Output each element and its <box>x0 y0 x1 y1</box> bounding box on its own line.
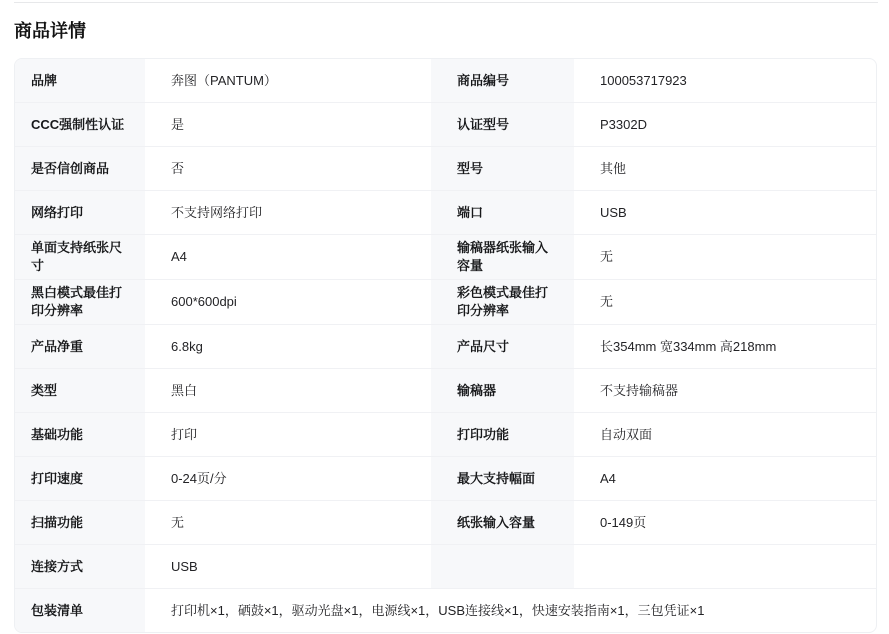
spec-value: A4 <box>574 457 876 500</box>
spec-value: 无 <box>145 501 431 544</box>
spec-label: 单面支持纸张尺寸 <box>15 235 145 279</box>
spec-label <box>431 545 574 588</box>
spec-row: CCC强制性认证是认证型号P3302D <box>15 103 876 147</box>
spec-value: 100053717923 <box>574 59 876 102</box>
spec-row: 网络打印不支持网络打印端口USB <box>15 191 876 235</box>
spec-row: 产品净重6.8kg产品尺寸长354mm 宽334mm 高218mm <box>15 325 876 369</box>
spec-value: 打印 <box>145 413 431 456</box>
spec-row: 扫描功能无纸张输入容量0-149页 <box>15 501 876 545</box>
spec-label: 品牌 <box>15 59 145 102</box>
spec-value: 其他 <box>574 147 876 190</box>
spec-value: 无 <box>574 280 876 324</box>
spec-label: 打印功能 <box>431 413 574 456</box>
section-top-divider <box>14 2 878 3</box>
spec-label: 认证型号 <box>431 103 574 146</box>
spec-label: 最大支持幅面 <box>431 457 574 500</box>
spec-value: 0-149页 <box>574 501 876 544</box>
spec-label: 连接方式 <box>15 545 145 588</box>
spec-label: 输稿器纸张输入容量 <box>431 235 574 279</box>
spec-value: 是 <box>145 103 431 146</box>
spec-value: 黑白 <box>145 369 431 412</box>
spec-value: 自动双面 <box>574 413 876 456</box>
spec-label: 打印速度 <box>15 457 145 500</box>
spec-label: 包装清单 <box>15 589 145 632</box>
spec-label: CCC强制性认证 <box>15 103 145 146</box>
spec-table: 品牌奔图（PANTUM）商品编号100053717923CCC强制性认证是认证型… <box>14 58 877 633</box>
spec-row: 品牌奔图（PANTUM）商品编号100053717923 <box>15 59 876 103</box>
spec-label: 端口 <box>431 191 574 234</box>
spec-value: 打印机×1，硒鼓×1，驱动光盘×1，电源线×1，USB连接线×1，快速安装指南×… <box>145 589 876 632</box>
spec-label: 类型 <box>15 369 145 412</box>
spec-value: USB <box>145 545 431 588</box>
spec-label: 产品净重 <box>15 325 145 368</box>
spec-value: 不支持输稿器 <box>574 369 876 412</box>
spec-value: 600*600dpi <box>145 280 431 324</box>
spec-value: 不支持网络打印 <box>145 191 431 234</box>
spec-value: P3302D <box>574 103 876 146</box>
spec-label: 输稿器 <box>431 369 574 412</box>
product-detail-section: 商品详情 品牌奔图（PANTUM）商品编号100053717923CCC强制性认… <box>0 0 889 633</box>
spec-value: USB <box>574 191 876 234</box>
spec-label: 产品尺寸 <box>431 325 574 368</box>
spec-row: 打印速度0-24页/分最大支持幅面A4 <box>15 457 876 501</box>
spec-label: 基础功能 <box>15 413 145 456</box>
spec-label: 扫描功能 <box>15 501 145 544</box>
spec-row: 单面支持纸张尺寸A4输稿器纸张输入容量无 <box>15 235 876 280</box>
spec-label: 黑白模式最佳打印分辨率 <box>15 280 145 324</box>
spec-value: 无 <box>574 235 876 279</box>
spec-label: 网络打印 <box>15 191 145 234</box>
spec-value: 6.8kg <box>145 325 431 368</box>
spec-label: 彩色模式最佳打印分辨率 <box>431 280 574 324</box>
spec-row: 基础功能打印打印功能自动双面 <box>15 413 876 457</box>
spec-row: 是否信创商品否型号其他 <box>15 147 876 191</box>
spec-value: A4 <box>145 235 431 279</box>
spec-row: 连接方式USB <box>15 545 876 589</box>
spec-value: 0-24页/分 <box>145 457 431 500</box>
product-detail-page: 商品详情 品牌奔图（PANTUM）商品编号100053717923CCC强制性认… <box>0 0 889 634</box>
spec-value: 长354mm 宽334mm 高218mm <box>574 325 876 368</box>
spec-value <box>574 545 876 588</box>
spec-row: 黑白模式最佳打印分辨率600*600dpi彩色模式最佳打印分辨率无 <box>15 280 876 325</box>
spec-value: 奔图（PANTUM） <box>145 59 431 102</box>
spec-label: 纸张输入容量 <box>431 501 574 544</box>
spec-row: 类型黑白输稿器不支持输稿器 <box>15 369 876 413</box>
spec-label: 是否信创商品 <box>15 147 145 190</box>
spec-label: 型号 <box>431 147 574 190</box>
spec-value: 否 <box>145 147 431 190</box>
spec-label: 商品编号 <box>431 59 574 102</box>
spec-row: 包装清单打印机×1，硒鼓×1，驱动光盘×1，电源线×1，USB连接线×1，快速安… <box>15 589 876 632</box>
page-title: 商品详情 <box>14 19 877 43</box>
